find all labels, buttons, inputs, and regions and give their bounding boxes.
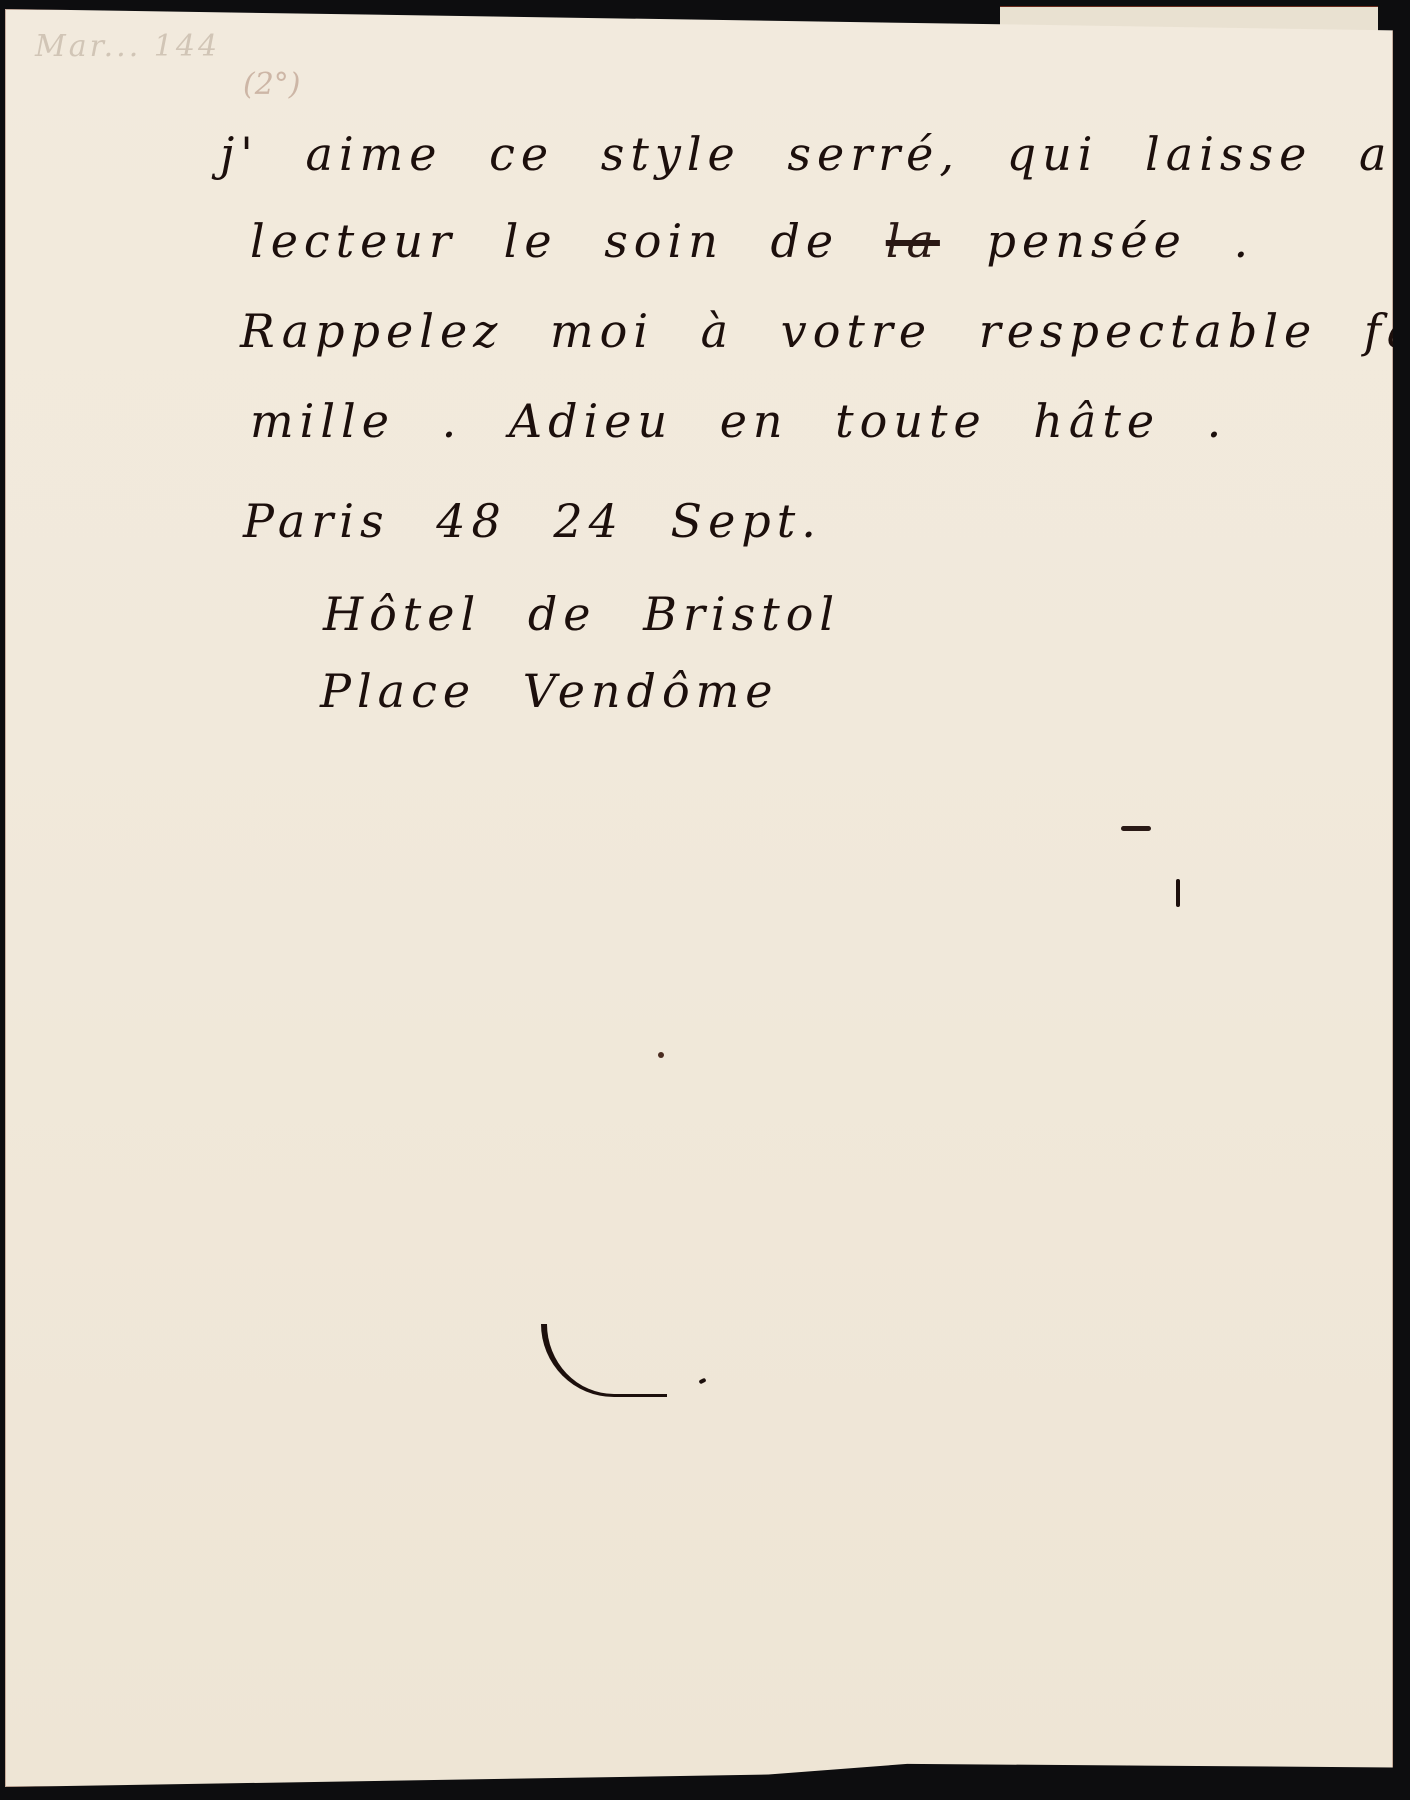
address-line-2: Place Vendôme bbox=[320, 664, 779, 718]
pencil-folio-number: (2°) bbox=[243, 67, 301, 102]
letter-line-1: j' aime ce style serré, qui laisse au bbox=[220, 127, 1410, 181]
letter-line-2-end: pensée . bbox=[987, 214, 1255, 268]
struck-out-word: la bbox=[886, 214, 940, 268]
ink-speck bbox=[698, 1378, 706, 1385]
scanned-letter: Mar... 144 (2°) j' aime ce style serré, … bbox=[0, 0, 1410, 1800]
letter-line-4: mille . Adieu en toute hâte . bbox=[250, 394, 1227, 448]
pencil-archive-note: Mar... 144 bbox=[35, 29, 220, 64]
ink-dash-mark bbox=[1121, 826, 1151, 831]
ink-dot bbox=[658, 1052, 664, 1058]
letter-line-3: Rappelez moi à votre respectable fa- bbox=[240, 304, 1410, 358]
letter-line-2: lecteur le soin de la pensée . bbox=[250, 214, 1254, 268]
address-line-1: Hôtel de Bristol bbox=[323, 587, 840, 641]
letter-page: Mar... 144 (2°) j' aime ce style serré, … bbox=[5, 9, 1393, 1787]
letter-line-2-text: lecteur le soin de bbox=[250, 214, 839, 268]
ink-bleedthrough-arc bbox=[541, 1324, 667, 1397]
ink-tick-mark bbox=[1176, 879, 1180, 907]
dateline: Paris 48 24 Sept. bbox=[243, 494, 822, 548]
